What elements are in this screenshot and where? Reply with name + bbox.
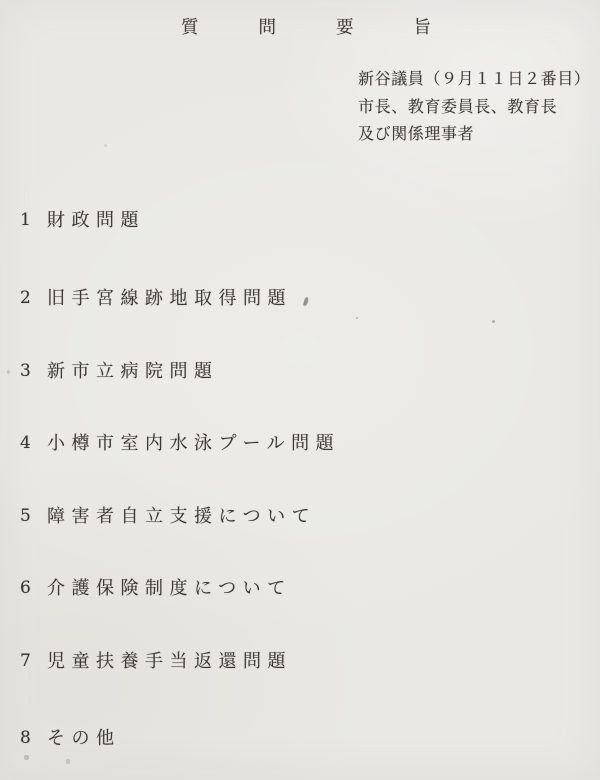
question-item-6: 6 介護保険制度について bbox=[20, 579, 292, 600]
question-item-4: 4 小樽市室内水泳プール問題 bbox=[20, 434, 340, 455]
item-label: その他 bbox=[47, 729, 121, 750]
question-item-8: 8 その他 bbox=[20, 729, 121, 750]
item-label: 障害者自立支援について bbox=[47, 507, 316, 528]
item-number: 1 bbox=[20, 211, 47, 231]
item-label: 介護保険制度について bbox=[47, 579, 292, 600]
question-item-3: 3 新市立病院問題 bbox=[20, 362, 219, 383]
item-label: 児童扶養手当返還問題 bbox=[47, 652, 292, 673]
question-item-1: 1 財政問題 bbox=[20, 211, 145, 232]
question-item-5: 5 障害者自立支援について bbox=[20, 507, 316, 528]
item-number: 3 bbox=[20, 362, 47, 382]
item-label: 旧手宮線跡地取得問題 bbox=[47, 289, 292, 310]
item-number: 8 bbox=[20, 729, 47, 749]
item-number: 7 bbox=[20, 652, 47, 672]
document-page: 質 問 要 旨 新谷議員（９月１１日２番目） 市長、教育委員長、教育長 及び関係… bbox=[0, 0, 600, 780]
question-list: 1 財政問題 2 旧手宮線跡地取得問題 3 新市立病院問題 4 小樽市室内水泳プ… bbox=[0, 0, 600, 780]
item-number: 5 bbox=[20, 507, 47, 527]
item-number: 2 bbox=[20, 289, 47, 309]
item-label: 新市立病院問題 bbox=[47, 362, 219, 383]
item-number: 6 bbox=[20, 579, 47, 599]
item-label: 小樽市室内水泳プール問題 bbox=[47, 434, 340, 455]
question-item-7: 7 児童扶養手当返還問題 bbox=[20, 652, 292, 673]
item-label: 財政問題 bbox=[47, 211, 145, 232]
question-item-2: 2 旧手宮線跡地取得問題 bbox=[20, 289, 292, 310]
item-number: 4 bbox=[20, 434, 47, 454]
